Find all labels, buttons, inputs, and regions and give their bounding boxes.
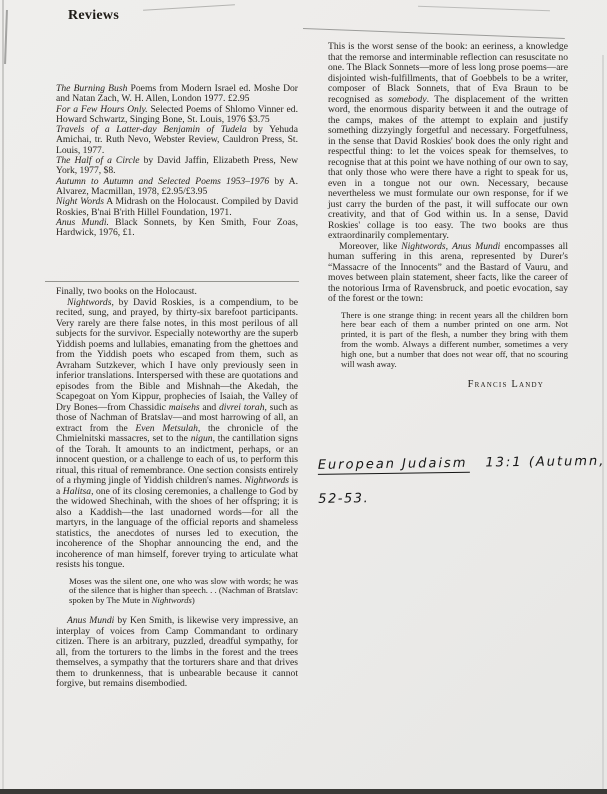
bibliography-entry: For a Few Hours Only. Selected Poems of … <box>56 105 298 126</box>
journal-title-handwritten: European Judaism <box>318 456 470 475</box>
scan-artifact-clipping-edge <box>303 28 565 39</box>
scan-artifact-bottom-edge <box>0 789 607 794</box>
page-title: Reviews <box>68 8 119 24</box>
paragraph-worst-sense: This is the worst sense of the book: an … <box>328 42 568 242</box>
blockquote-nachman: Moses was the silent one, one who was sl… <box>69 577 298 607</box>
bibliography-entry: Anus Mundi. Black Sonnets, by Ken Smith,… <box>56 218 298 239</box>
reviewer-signature: Francis Landy <box>328 379 568 390</box>
paragraph-moreover: Moreover, like Nightwords, Anus Mundi en… <box>328 242 568 305</box>
scan-artifact-left-edge <box>2 0 4 794</box>
paragraph-nightwords-review: Nightwords, by David Roskies, is a compe… <box>56 298 298 571</box>
scanned-page: Reviews The Burning Bush Poems from Mode… <box>0 0 607 794</box>
scan-artifact-top-line-left <box>143 4 235 11</box>
left-column: Finally, two books on the Holocaust. Nig… <box>56 287 298 690</box>
section-divider <box>45 281 299 282</box>
bibliography-entry: Night Words A Midrash on the Holocaust. … <box>56 197 298 218</box>
scan-artifact-left-corner-mark <box>4 10 8 64</box>
scan-artifact-top-line-right <box>418 6 550 12</box>
bibliography-entry: The Half of a Circle by David Jaffin, El… <box>56 156 298 177</box>
handwritten-citation-line: European Judaism13:1 (Autumn, 1979) <box>318 454 588 473</box>
paragraph-anus-mundi-review: Anus Mundi by Ken Smith, is likewise ver… <box>56 616 298 690</box>
handwritten-citation: European Judaism13:1 (Autumn, 1979) 52-5… <box>318 454 589 507</box>
right-column: This is the worst sense of the book: an … <box>328 42 568 390</box>
bibliography-list: The Burning Bush Poems from Modern Israe… <box>56 84 298 238</box>
scan-artifact-right-edge <box>602 55 604 794</box>
bibliography-entry: The Burning Bush Poems from Modern Israe… <box>56 84 298 105</box>
bibliography-entry: Autumn to Autumn and Selected Poems 1953… <box>56 177 298 198</box>
blockquote-strange-thing: There is one strange thing: in recent ye… <box>341 311 568 370</box>
issue-handwritten: 13:1 (Autumn, 1979) <box>485 453 607 470</box>
page-numbers-handwritten: 52-53. <box>318 488 588 507</box>
bibliography-entry: Travels of a Latter-day Benjamin of Tude… <box>56 125 298 156</box>
